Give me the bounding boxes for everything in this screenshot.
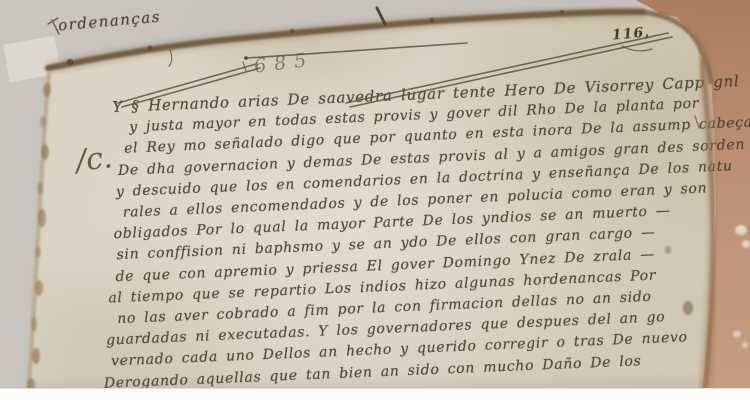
manuscript-photo: Y § Hernando arias De saavedra lugar ten… [0,0,750,400]
book-spine-edge [0,34,30,400]
margin-paraph: ∕c. [74,140,114,179]
page-heading-ordenancas: ordenanças [57,8,161,35]
bottom-white-strip [0,388,750,400]
manuscript-text: Y § Hernando arias De saavedra lugar ten… [92,73,694,394]
folio-number: 116, [611,24,650,43]
